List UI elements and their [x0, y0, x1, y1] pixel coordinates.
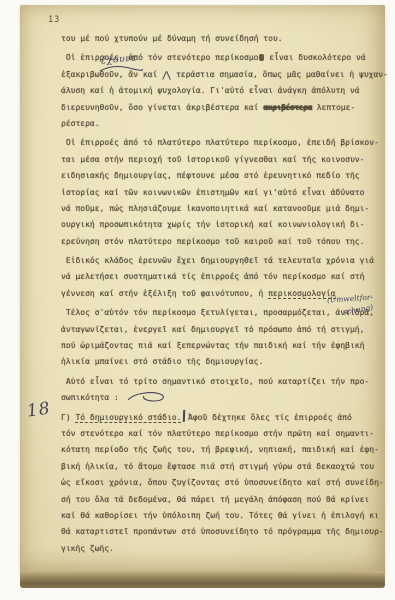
typescript-line: του μέ πού χτυπούν μέ δύναμη τή συνείδησ…	[61, 31, 383, 47]
text-segment: πού ὠριμάζοντας πιά καί ξεπερνώντας τήν …	[61, 341, 364, 350]
text-segment: σωπικότητα :	[61, 393, 119, 402]
typescript-line: Αὐτό εἶναι τό τρίτο σημαντικό στοιχεῖο, …	[61, 374, 383, 390]
typescript-line: κότατη περίοδο τῆς ζωῆς του, τή βρεφική,…	[61, 442, 383, 458]
typescript-line: βική ἡλικία, τό ἄτομο ἔφτασε πιά στή στι…	[61, 459, 383, 475]
handwritten-insertion-underline	[99, 63, 143, 73]
text-segment: ειδησιακῆς δημιουργίας, πέφτουνε μέσα στ…	[61, 171, 360, 180]
text-segment: ἱστορίας καί τῶν κοινωνικῶν ἐπιστημῶν κα…	[61, 188, 364, 197]
insertion-caret	[162, 71, 171, 79]
text-segment: Αὐτό εἶναι τό τρίτο σημαντικό στοιχεῖο, …	[61, 377, 369, 386]
struck-word: ακριβέστερα	[263, 103, 312, 112]
text-segment: σή του ὅλα τά δεδομένα, θά πάρει τή μεγά…	[61, 495, 369, 504]
text-segment: ὡς εἴκοσι χρόνια, ὅπου ζυγίζοντας στό ὑπ…	[61, 478, 384, 487]
text-segment: Οἱ ἐπιρροές ἀπό τό πλατύτερο πλατύτερο π…	[61, 138, 379, 147]
underlined-word: περικοσμολογία	[268, 289, 335, 300]
typescript-line: ται μέσα στήν περιοχή τοῦ ἱστορικοῦ γίγν…	[61, 152, 383, 168]
text-segment: Γ)	[61, 413, 75, 422]
text-segment: ερεύνηση στόν πλατύτερο περίκοσμο τοῦ κα…	[61, 237, 364, 246]
text-segment: ἡλικία μπαίνει στό στάδιο τῆς δημιουργία…	[61, 357, 263, 366]
text-segment: εἶναι δυσκολότερο νά	[264, 53, 365, 62]
typescript-line: ουργική προσωπικότητα χωρίς τήν ἱστορική…	[61, 217, 383, 233]
typescript-line: τόν στενότερο καί τόν πλατύτερο περίκοσμ…	[61, 426, 383, 442]
typescript-line: ειδησιακῆς δημιουργίας, πέφτουνε μέσα στ…	[61, 168, 383, 184]
text-segment: Τέλος σ'αὐτόν τόν περίκοσμο ξετυλίγεται,…	[61, 308, 374, 317]
text-segment: λεπτομε-	[312, 103, 355, 112]
typescript-line: διερευνηθοῦν, ὅσο γίνεται ἀκριβέστερα κα…	[61, 100, 383, 116]
text-segment: κότατη περίοδο τῆς ζωῆς του, τή βρεφική,…	[61, 445, 379, 454]
text-segment: άλυση καί ἡ ἀτομική ψυχολογία. Γι'αὐτό ε…	[61, 86, 360, 95]
text-segment: νά ποῦμε, πώς πλησιάζουμε ἱκανοποιητικά …	[61, 204, 369, 213]
text-segment: τόν στενότερο καί τόν πλατύτερο περίκοσμ…	[61, 429, 374, 438]
text-segment: γικῆς ζωῆς.	[61, 544, 114, 553]
typescript-line: σωπικότητα :	[61, 390, 383, 406]
typescript-line: ερεύνηση στόν πλατύτερο περίκοσμο τοῦ κα…	[61, 234, 383, 250]
typescript-line: Εἰδικός κλάδος ἐρευνῶν ἔχει δημιουργηθεῖ…	[61, 253, 383, 269]
text-segment: ουργική προσωπικότητα χωρίς τήν ἱστορική…	[61, 220, 364, 229]
text-segment: ται μέσα στήν περιοχή τοῦ ἱστορικοῦ γίγν…	[61, 155, 364, 164]
text-segment: διερευνηθοῦν, ὅσο γίνεται ἀκριβέστερα κα…	[61, 103, 263, 112]
typescript-line: ὡς εἴκοσι χρόνια, ὅπου ζυγίζοντας στό ὑπ…	[61, 475, 383, 491]
page-number: 13	[48, 15, 60, 25]
typescript-line: ἡλικία μπαίνει στό στάδιο τῆς δημιουργία…	[61, 354, 383, 370]
text-segment: νά μελετήσει συστηματικά τίς ἐπιρροές ἀπ…	[61, 272, 364, 281]
text-segment: καί θά καθορίσει τήν ὑπόλοιπη ζωή του. Τ…	[61, 511, 379, 520]
typescript-line: ἀνταγωνίζεται, ἐνεργεῖ καί δημιουργεῖ τό…	[61, 322, 383, 338]
scan-background: 13 του μέ πού χτυπούν μέ δύναμη τή συνεί…	[0, 0, 395, 600]
typescript-line: σή του ὅλα τά δεδομένα, θά πάρει τή μεγά…	[61, 492, 383, 508]
typescript-line: νά μελετήσει συστηματικά τίς ἐπιρροές ἀπ…	[61, 269, 383, 285]
text-segment: Οἱ ἐπιρροές ἀπό τόν στενότερο περίκοσμο	[61, 53, 258, 62]
typescript-line: Γ) Τό δημιουργικό στάδιο.Ἀφοῦ δέχτηκε ὅλ…	[61, 410, 383, 426]
typescript-line: ἱστορίας καί τῶν κοινωνικῶν ἐπιστημῶν κα…	[61, 185, 383, 201]
page-bottom-edge	[20, 571, 385, 588]
typescript-line: θά καταρτιστεῖ προπάντων στό ὑποσυνείδητ…	[61, 524, 383, 540]
underlined-word: Τό δημιουργικό στάδιο.	[75, 413, 181, 424]
typescript-line: νά ποῦμε, πώς πλησιάζουμε ἱκανοποιητικά …	[61, 201, 383, 217]
typescript-line: Οἱ ἐπιρροές ἀπό τό πλατύτερο πλατύτερο π…	[61, 135, 383, 151]
handwritten-margin-number: 18	[26, 398, 52, 421]
text-segment: τεράστια σημασία, ὅπως μᾶς μαθαίνει ἡ ψυ…	[171, 70, 388, 79]
typescript-line: ρέστερα.	[61, 116, 383, 132]
typescript-line: άλυση καί ἡ ἀτομική ψυχολογία. Γι'αὐτό ε…	[61, 83, 383, 99]
text-segment: ἀνταγωνίζεται, ἐνεργεῖ καί δημιουργεῖ τό…	[61, 325, 364, 334]
typescript-line: πού ὠριμάζοντας πιά καί ξεπερνώντας τήν …	[61, 338, 383, 354]
text-segment: Εἰδικός κλάδος ἐρευνῶν ἔχει δημιουργηθεῖ…	[61, 256, 374, 265]
text-segment: γέννεση καί στήν ἐξέλιξη τοῦ φαινότυπου,…	[61, 289, 268, 298]
text-segment: θά καταρτιστεῖ προπάντων στό ὑποσυνείδητ…	[61, 527, 384, 536]
text-segment: βική ἡλικία, τό ἄτομο ἔφτασε πιά στή στι…	[61, 462, 374, 471]
typescript-line: Τέλος σ'αὐτόν τόν περίκοσμο ξετυλίγεται,…	[61, 305, 383, 321]
text-segment: Ἀφοῦ δέχτηκε ὅλες τίς ἐπιρροές ἀπό	[188, 413, 352, 422]
typescript-line: γικῆς ζωῆς.	[61, 541, 383, 557]
handwritten-flourish	[126, 390, 168, 404]
text-segment: ρέστερα.	[61, 119, 100, 128]
pen-stroke	[183, 410, 185, 422]
typescript-line: καί θά καθορίσει τήν ὑπόλοιπη ζωή του. Τ…	[61, 508, 383, 524]
text-segment: του μέ πού χτυπούν μέ δύναμη τή συνείδησ…	[61, 34, 283, 43]
